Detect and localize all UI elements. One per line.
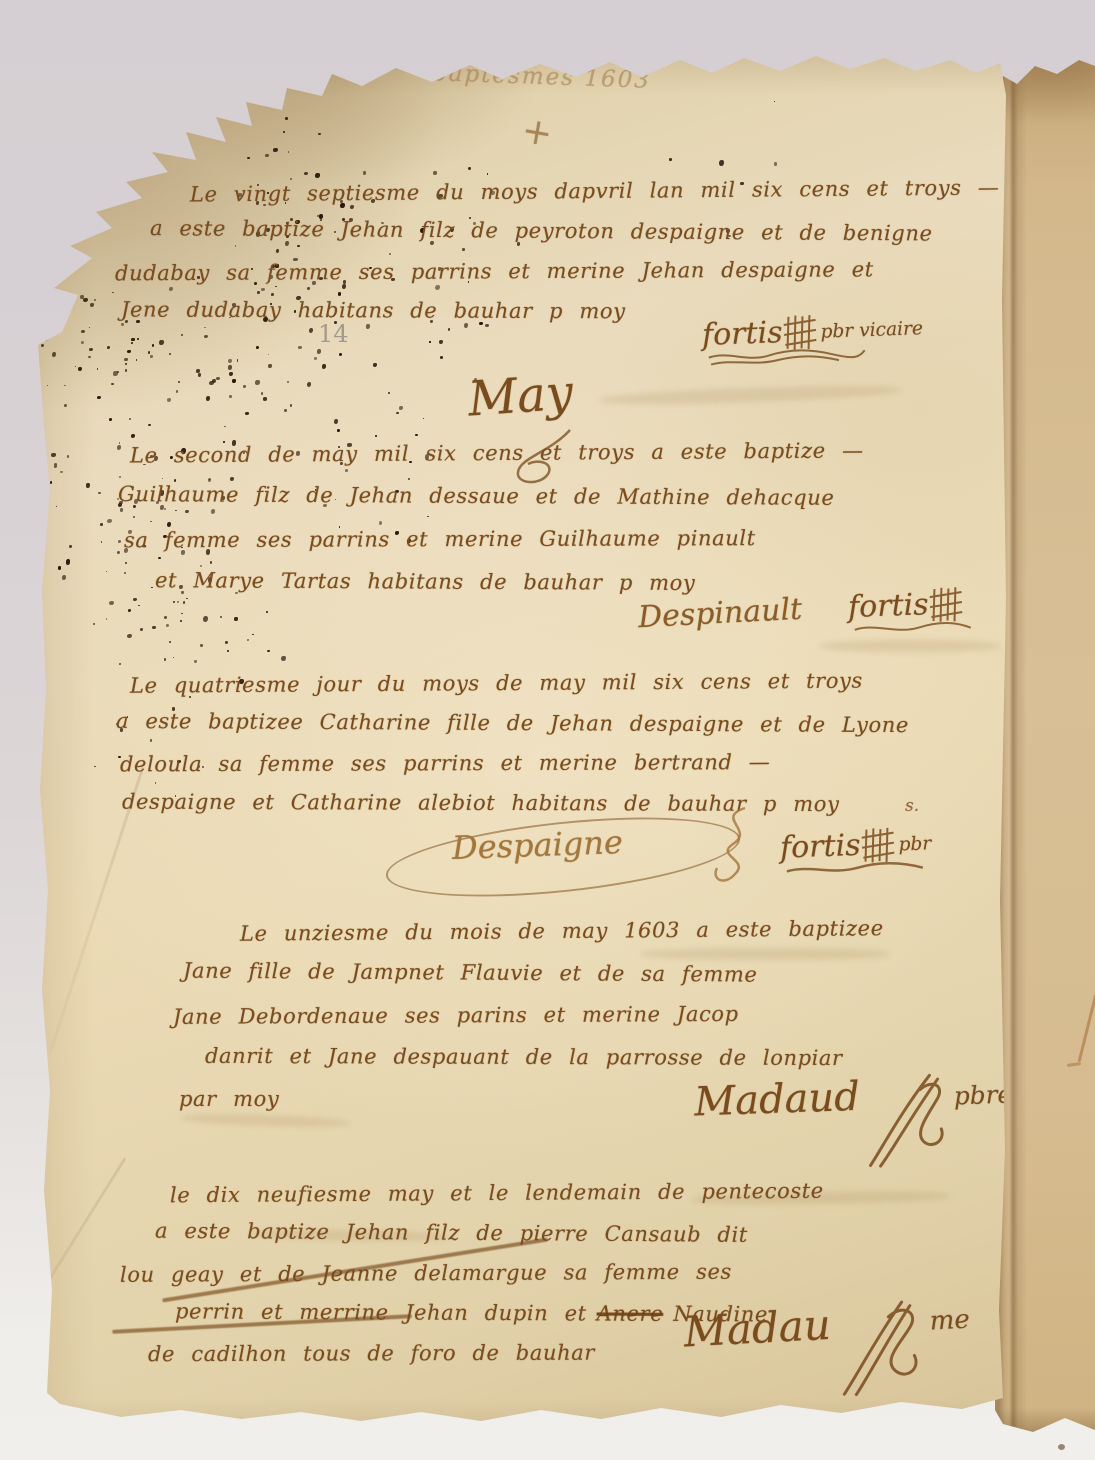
speck [774, 101, 775, 102]
entry-line: le dix neufiesme may et le lendemain de … [170, 1174, 824, 1219]
entry-line: a este baptizee Catharine fille de Jehan… [116, 704, 909, 748]
speck [252, 634, 254, 636]
speck [150, 355, 153, 358]
entry-line: Guilhaume filz de Jehan dessaue et de Ma… [118, 477, 864, 524]
speck [94, 299, 96, 301]
cross-mark: + [519, 110, 556, 156]
speck [50, 481, 52, 484]
speck [64, 404, 67, 407]
speck [287, 381, 289, 383]
speck [774, 162, 778, 166]
speck [167, 398, 171, 402]
speck [97, 396, 101, 399]
speck [288, 151, 290, 153]
speck [69, 545, 72, 548]
speck [339, 353, 342, 356]
speck [131, 338, 135, 341]
speck [243, 385, 246, 388]
speck [78, 367, 82, 371]
ink-trace [1078, 994, 1095, 1063]
speck [81, 330, 85, 333]
speck [220, 616, 222, 618]
line-segment: perrin et merrine Jehan dupin et [175, 1299, 587, 1325]
speck [51, 453, 56, 456]
speck [64, 385, 66, 386]
signature-name: Madau [683, 1300, 832, 1357]
speck [124, 358, 127, 361]
speck [181, 613, 183, 614]
speck [41, 308, 42, 310]
speck [41, 344, 44, 347]
background-speck [1058, 1444, 1065, 1450]
speck [180, 620, 182, 622]
signature-name: Madaud [693, 1074, 860, 1126]
signature-name: Despaigne [451, 823, 623, 867]
signature-fortis-1: fortis pbr vicaire [701, 310, 923, 354]
speck [290, 404, 293, 407]
entry-line: Le vingt septiesme du moys dapvril lan m… [190, 170, 1000, 217]
speck [203, 616, 208, 622]
speck [109, 418, 112, 421]
speck [268, 354, 269, 356]
speck [227, 650, 229, 652]
speck [136, 359, 137, 361]
speck [47, 385, 48, 386]
speck [86, 483, 90, 487]
baptism-entry-3: Le quatriesme jour du moys de may mil si… [112, 666, 909, 826]
speck [107, 346, 110, 349]
speck [228, 359, 232, 363]
signature-madaud: Madaud pbre [693, 1068, 1014, 1174]
entry-line: Le unziesme du mois de may 1603 a este b… [240, 911, 884, 959]
speck [100, 523, 103, 526]
crosshatch-flourish-icon [928, 586, 963, 623]
signature-name: fortis [701, 315, 783, 353]
speck [265, 154, 269, 157]
speck [256, 346, 259, 349]
speck [148, 351, 150, 354]
speck [373, 363, 377, 367]
speck [33, 348, 35, 349]
speck [62, 575, 66, 580]
speck [196, 369, 200, 373]
speck [232, 379, 235, 383]
speck [273, 148, 278, 152]
speck [97, 368, 99, 370]
entry-line: dudabay sa femme ses parrins et merine J… [115, 252, 1000, 297]
baptism-entry-1: Le vingt septiesme du moys dapvril lan m… [115, 174, 999, 334]
crosshatch-flourish-icon [782, 314, 817, 351]
speck [106, 571, 108, 572]
crosshatch-flourish-icon [860, 827, 895, 864]
speck [54, 305, 57, 307]
signature-name: Despinault [637, 592, 803, 636]
speck [337, 429, 340, 433]
speck [101, 541, 102, 543]
speck [206, 396, 210, 401]
entry-line: Le second de may mil six cens et troys a… [130, 433, 864, 481]
speck [229, 372, 233, 376]
speck [388, 392, 390, 394]
speck [399, 406, 403, 410]
speck [131, 342, 133, 344]
entry-line: deloula sa femme ses parrins et merine b… [120, 745, 909, 788]
speck [200, 644, 203, 646]
speck [48, 332, 52, 337]
speck [317, 349, 321, 354]
speck [234, 617, 237, 621]
speck [204, 335, 208, 338]
speck [137, 338, 139, 340]
entry-line: a este baptize Jehan filz de peyroton de… [150, 211, 1000, 257]
speck [106, 618, 107, 620]
speck [112, 292, 113, 293]
speck [127, 634, 132, 638]
speck [440, 356, 443, 359]
speck [245, 412, 249, 415]
signature-despaigne: Despaigne [451, 823, 623, 867]
speck [281, 656, 285, 661]
speck [152, 344, 154, 347]
speck [423, 418, 425, 420]
speck [164, 658, 167, 661]
speck [283, 131, 285, 133]
signature-suffix: me [929, 1304, 971, 1336]
speck [439, 340, 443, 344]
speck [247, 157, 250, 159]
entry-line: Jane fille de Jampnet Flauvie et de sa f… [183, 954, 884, 1001]
entry-line: a este baptize Jehan filz de pierre Cans… [155, 1214, 824, 1259]
speck [284, 409, 286, 412]
signature-madau: Madau me [683, 1293, 974, 1408]
paraph-flourish-icon [695, 800, 765, 895]
speck [298, 346, 302, 350]
speck [229, 395, 232, 398]
signature-suffix: pbr [898, 834, 931, 856]
speck [125, 363, 127, 365]
speck [285, 117, 288, 119]
signature-suffix: pbr vicaire [820, 319, 923, 344]
signature-despinault: Despinault [637, 592, 803, 636]
entry-line: Le quatriesme jour du moys de may mil si… [130, 663, 909, 708]
signature-fortis-2: fortis [847, 586, 963, 626]
speck [128, 609, 131, 612]
entry-line: Jane Debordenaue ses parins et merine Ja… [173, 996, 884, 1042]
diagonal-flourish-icon [829, 1295, 929, 1400]
entry-line: sa femme ses parrins et merine Guilhaume… [124, 521, 864, 567]
speck [322, 364, 326, 369]
signature-fortis-3: fortis pbr [779, 825, 931, 866]
speck [255, 380, 259, 385]
speck [54, 463, 58, 467]
diagonal-flourish-icon [859, 1071, 952, 1169]
speck [719, 160, 724, 166]
paper-crease [0, 1157, 126, 1362]
month-heading: May [466, 364, 575, 427]
speck [66, 559, 71, 565]
speck [81, 341, 84, 345]
speck [228, 365, 232, 369]
speck [67, 455, 70, 458]
adjacent-folio-edge [995, 58, 1095, 1436]
speck [83, 298, 88, 302]
speck [27, 335, 31, 339]
speck [111, 383, 114, 385]
speck [178, 381, 180, 383]
speck [169, 353, 171, 354]
speck [237, 359, 239, 361]
speck [176, 390, 178, 393]
speck [318, 133, 321, 136]
speck [94, 766, 95, 767]
speck [89, 327, 90, 328]
speck [198, 373, 202, 377]
speck [148, 424, 151, 426]
speck [267, 650, 270, 652]
speck [169, 641, 171, 643]
speck [166, 624, 169, 627]
speck [152, 626, 155, 629]
speck [58, 566, 61, 569]
speck [268, 364, 272, 367]
header-note: baptesmes 1603 [432, 60, 652, 94]
bleed-through [600, 383, 900, 407]
speck [66, 309, 68, 311]
speck [89, 348, 93, 351]
speck [314, 357, 317, 360]
speck [88, 356, 91, 359]
speck [75, 366, 76, 367]
speck [60, 471, 63, 473]
underline-flourish-icon [853, 620, 973, 638]
speck [669, 158, 673, 161]
speck [263, 397, 268, 401]
entry-line: despaigne et Catharine alebiot habitans … [122, 785, 909, 828]
speck [224, 426, 226, 427]
speck [307, 382, 311, 387]
speck [173, 657, 174, 658]
manuscript-page: baptesmes 1603 + 14 Le vingt septiesme d… [0, 0, 1095, 1460]
speck [113, 371, 117, 376]
speck [261, 392, 263, 395]
speck [159, 340, 163, 345]
speck [429, 341, 430, 343]
speck [90, 303, 94, 307]
speck [129, 418, 131, 419]
speck [247, 639, 249, 641]
speck [98, 492, 101, 494]
struck-word: Anere [597, 1297, 664, 1331]
speck [266, 611, 269, 614]
signature-name: fortis [847, 587, 929, 625]
signature-name: fortis [779, 828, 861, 866]
speck [334, 419, 338, 424]
speck [225, 641, 229, 644]
speck [33, 429, 38, 434]
speck [194, 660, 197, 663]
speck [396, 412, 400, 415]
speck [164, 616, 167, 619]
bleed-through [820, 640, 1000, 652]
speck [46, 339, 48, 341]
speck [56, 506, 58, 507]
photograph-background: baptesmes 1603 + 14 Le vingt septiesme d… [0, 0, 1095, 1460]
speck [125, 369, 127, 372]
speck [93, 623, 95, 625]
speck [468, 167, 471, 170]
signature-suffix: pbre [953, 1080, 1012, 1111]
speck [140, 628, 143, 631]
superscript-mark: s. [905, 796, 919, 816]
speck [209, 381, 214, 385]
speck [216, 377, 220, 380]
speck [181, 334, 183, 336]
ink-trace [1067, 1062, 1081, 1067]
speck [127, 350, 131, 353]
speck [52, 352, 57, 358]
baptism-entry-2: Le second de may mil six cens et troys a… [110, 436, 864, 608]
